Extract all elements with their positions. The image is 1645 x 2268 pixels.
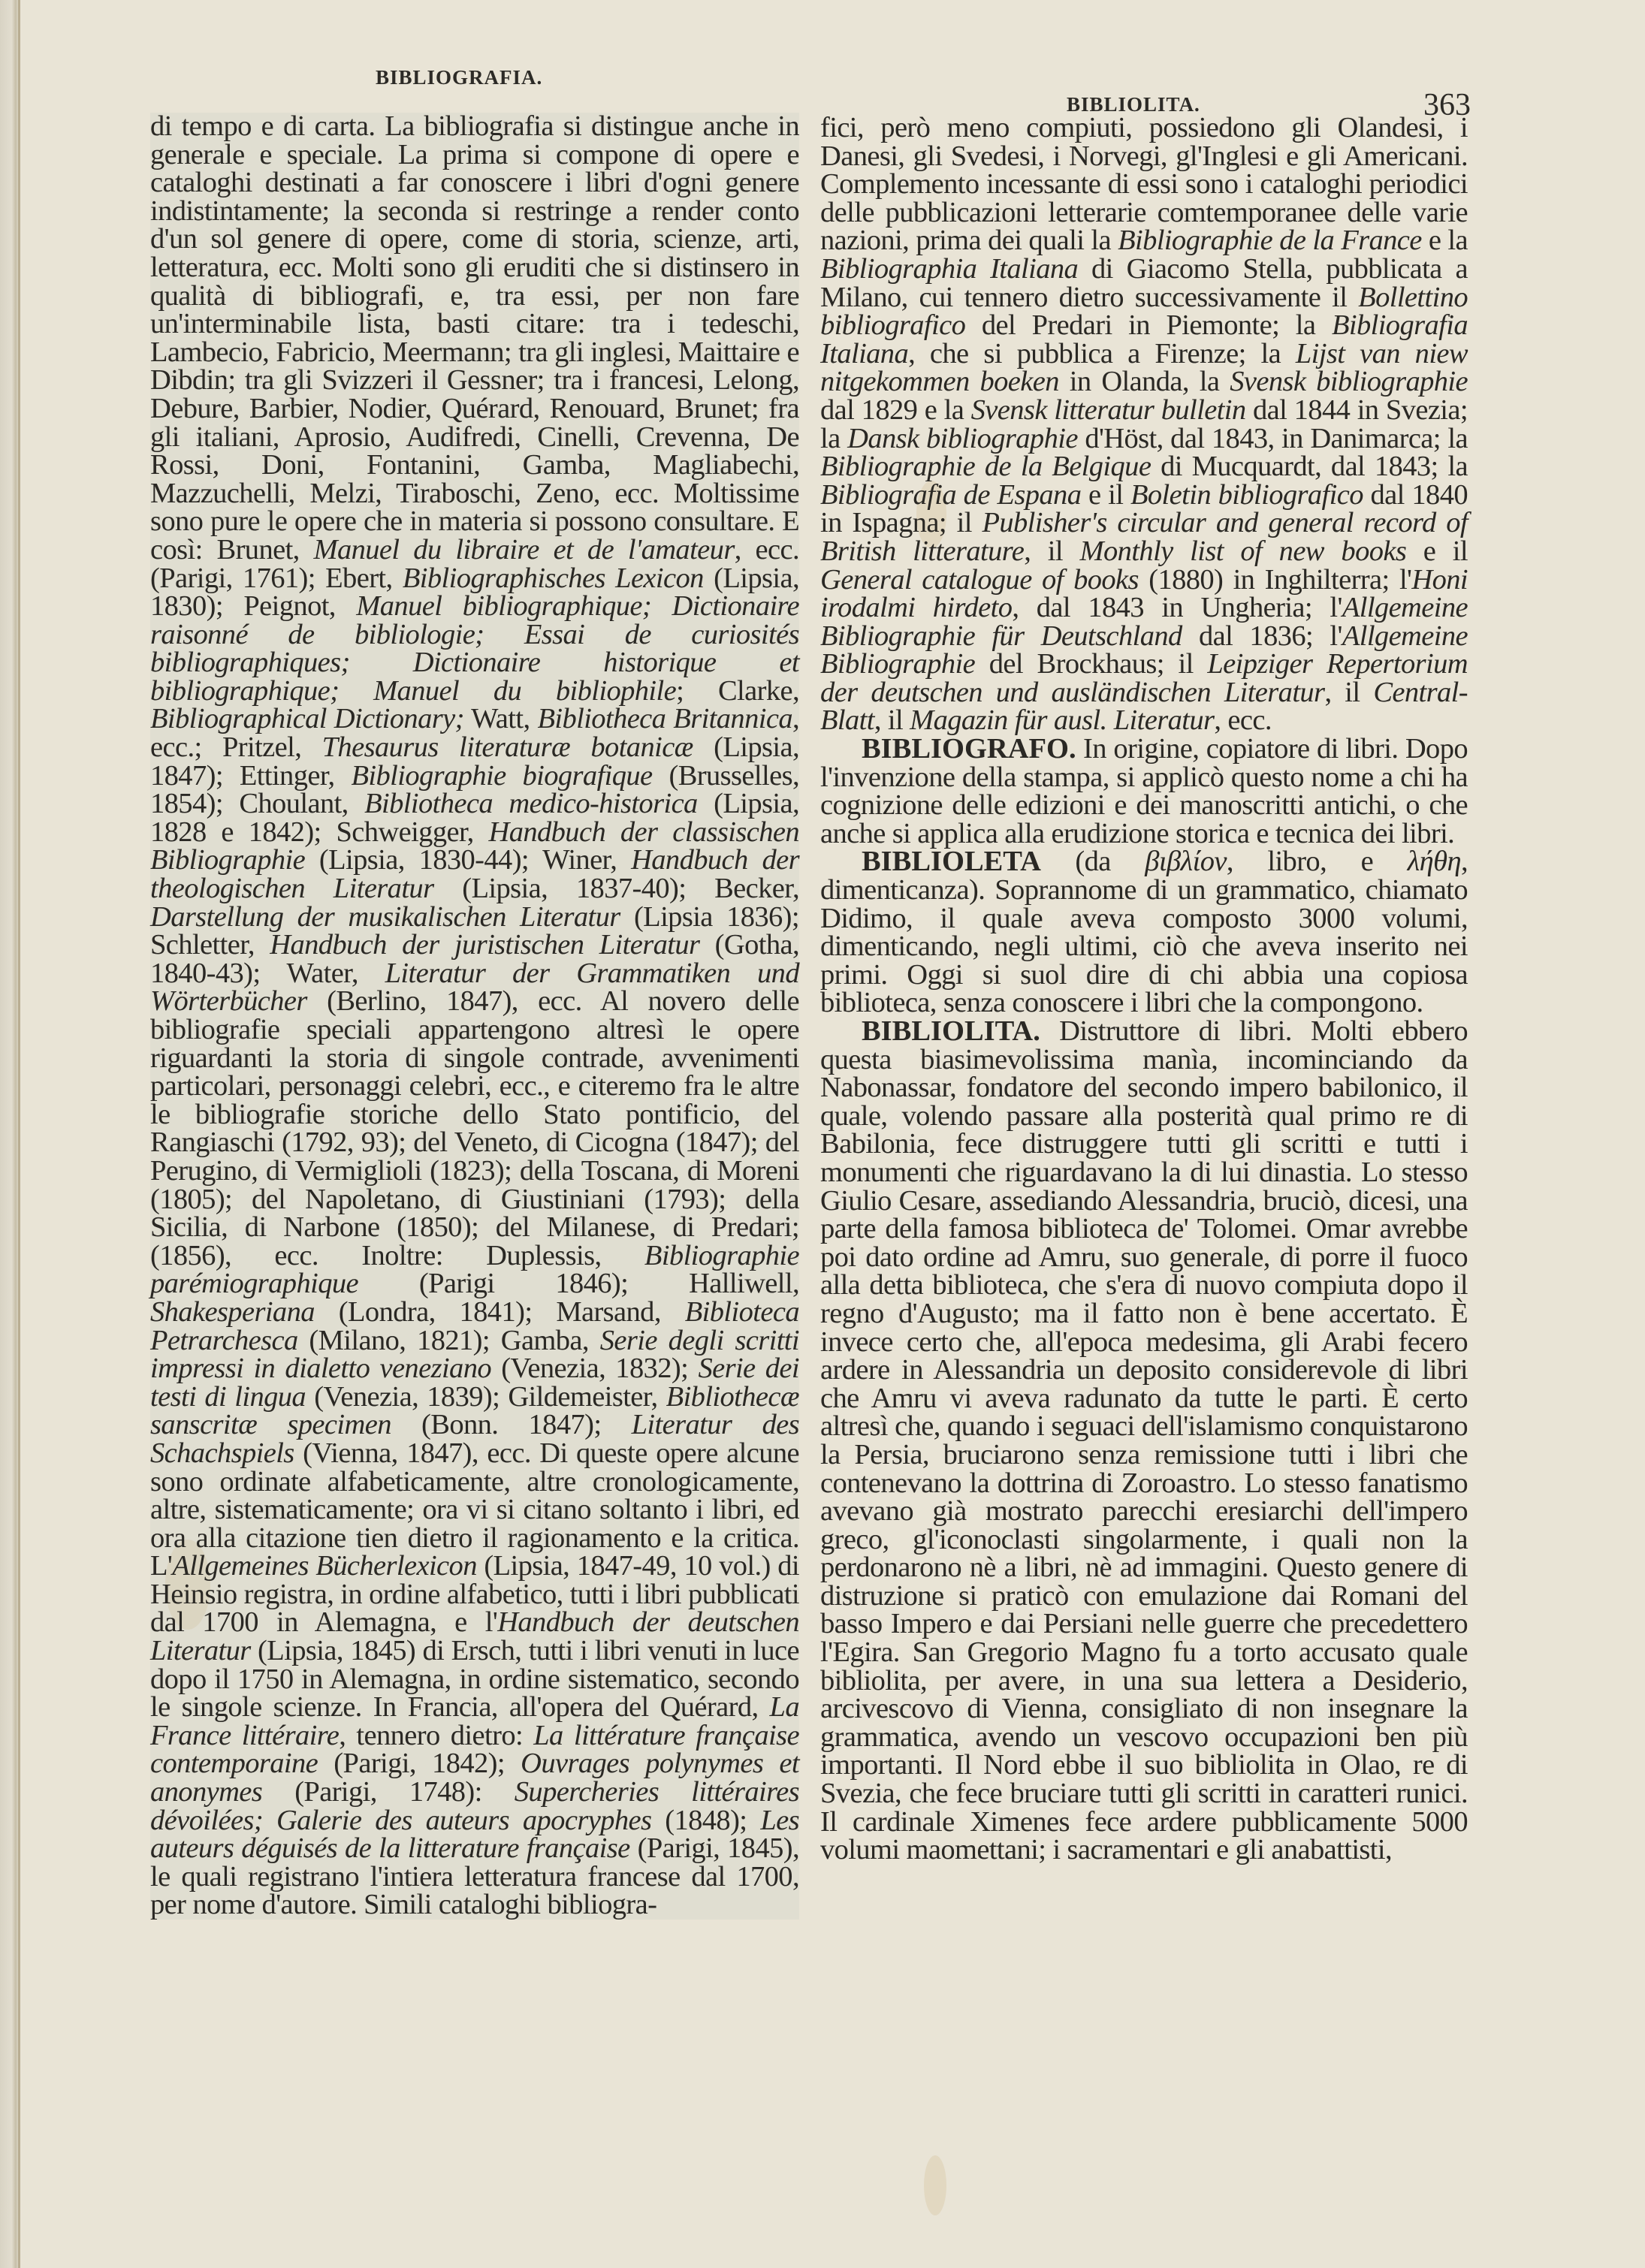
italic-title: Svensk litteratur bulletin [971,394,1246,426]
text-run: , il [1024,535,1079,567]
text-run: (Lipsia, 1837-40); Becker, [433,873,799,904]
text-run: e il [1081,479,1130,511]
paragraph: di tempo e di carta. La bibliografia si … [150,113,799,1920]
text-run: (1880) in Inghilterra; l' [1139,564,1411,596]
left-text-column: di tempo e di carta. La bibliografia si … [150,113,799,1920]
text-run: dal 1829 e la [820,394,971,426]
text-run: , che si pubblica a Firenze; la [908,338,1296,369]
text-run: ; Clarke, [676,675,799,707]
text-run: , il [874,704,910,736]
italic-title: Bibliographie de la Belgique [820,451,1151,482]
text-run: Watt, [464,703,538,734]
italic-title: Handbuch der juristischen Literatur [270,929,699,961]
italic-title: λήθη [1408,846,1461,877]
paragraph: BIBLIOLITA. Distruttore di libri. Molti … [820,1018,1468,1865]
text-run: del Brockhaus; il [975,648,1207,680]
entry-headword: BIBLIOGRAFO. [862,733,1076,765]
italic-title: Shakesperiana [150,1296,315,1328]
italic-title: βιβλίον [1145,846,1227,877]
text-run: (1848); [651,1805,760,1836]
italic-title: Svensk bibliographie [1230,366,1468,397]
text-run: (Lipsia, 1830-44); Winer, [305,844,631,876]
italic-title: Bibliographical Dictionary; [150,703,464,734]
paragraph: BIBLIOGRAFO. In origine, copiatore di li… [820,735,1468,848]
italic-title: Bibliotheca Britannica [537,703,792,734]
text-run: Distruttore di libri. Molti ebbero quest… [820,1015,1468,1865]
text-run: e il [1406,535,1468,567]
paragraph: BIBLIOLETA (da βιβλίον, libro, e λήθη, d… [820,848,1468,1018]
entry-headword: BIBLIOLETA [862,846,1041,877]
text-run: , dal 1843 in Ungheria; l' [1012,592,1342,623]
page-gutter-edge [0,0,20,2268]
italic-title: Dansk bibliographie [847,423,1078,454]
text-run: (Parigi, 1748): [262,1776,515,1808]
italic-title: Boletin bibliografico [1130,479,1363,511]
text-run: , il [1324,677,1373,708]
italic-title: Magazin für ausl. Literatur [910,704,1214,736]
italic-title: Darstellung der musikalischen Literatur [150,901,620,933]
italic-title: Bibliographie biografique [351,760,652,792]
text-run: , ecc. [1214,704,1272,736]
text-run: (Bonn. 1847); [391,1409,632,1440]
text-run: (da [1041,846,1145,877]
binding-line [18,0,20,2268]
text-run: di tempo e di carta. La bibliografia si … [150,110,799,565]
text-run: e la [1422,225,1468,256]
paper-stain [924,2155,946,2215]
italic-title: Bibliographisches Lexicon [403,562,704,594]
paragraph: fici, però meno compiuti, possiedono gli… [820,114,1468,735]
text-run: d'Höst, dal 1843, in Danimarca; la [1078,423,1468,454]
italic-title: Bibliographia Italiana [820,253,1078,285]
text-run: (Parigi 1846); Halliwell, [358,1268,799,1299]
text-run: , tennero dietro: [339,1720,533,1751]
italic-title: Manuel du libraire et de l'amateur [314,534,735,565]
text-run: (Milano, 1821); Gamba, [298,1325,600,1356]
italic-title: General catalogue of books [820,564,1139,596]
text-run: (Londra, 1841); Marsand, [315,1296,685,1328]
italic-title: Monthly list of new books [1080,535,1407,567]
text-run: (Parigi, 1842); [318,1748,521,1779]
italic-title: Bibliografia de Espana [820,479,1081,511]
text-run: (Venezia, 1832); [491,1353,698,1384]
right-text-column: fici, però meno compiuti, possiedono gli… [820,114,1468,1865]
text-run: (Berlino, 1847), ecc. Al novero delle bi… [150,985,799,1271]
text-run: di Mucquardt, dal 1843; la [1151,451,1468,482]
text-run: , libro, e [1227,846,1408,877]
entry-headword: BIBLIOLITA. [862,1015,1040,1047]
text-run: (Venezia, 1839); Gildemeister, [306,1381,666,1413]
text-run: del Predari in Piemonte; la [965,309,1332,341]
italic-title: Bibliotheca medico-historica [364,788,698,819]
text-run: dal 1836; l' [1182,620,1342,652]
italic-title: Allgemeines Bücherlexicon [172,1550,477,1582]
text-run: in Olanda, la [1059,366,1230,397]
italic-title: Bibliographie de la France [1118,225,1422,256]
italic-title: Thesaurus literaturæ botanicæ [322,731,693,763]
running-head-left: BIBLIOGRAFIA. [376,66,542,89]
